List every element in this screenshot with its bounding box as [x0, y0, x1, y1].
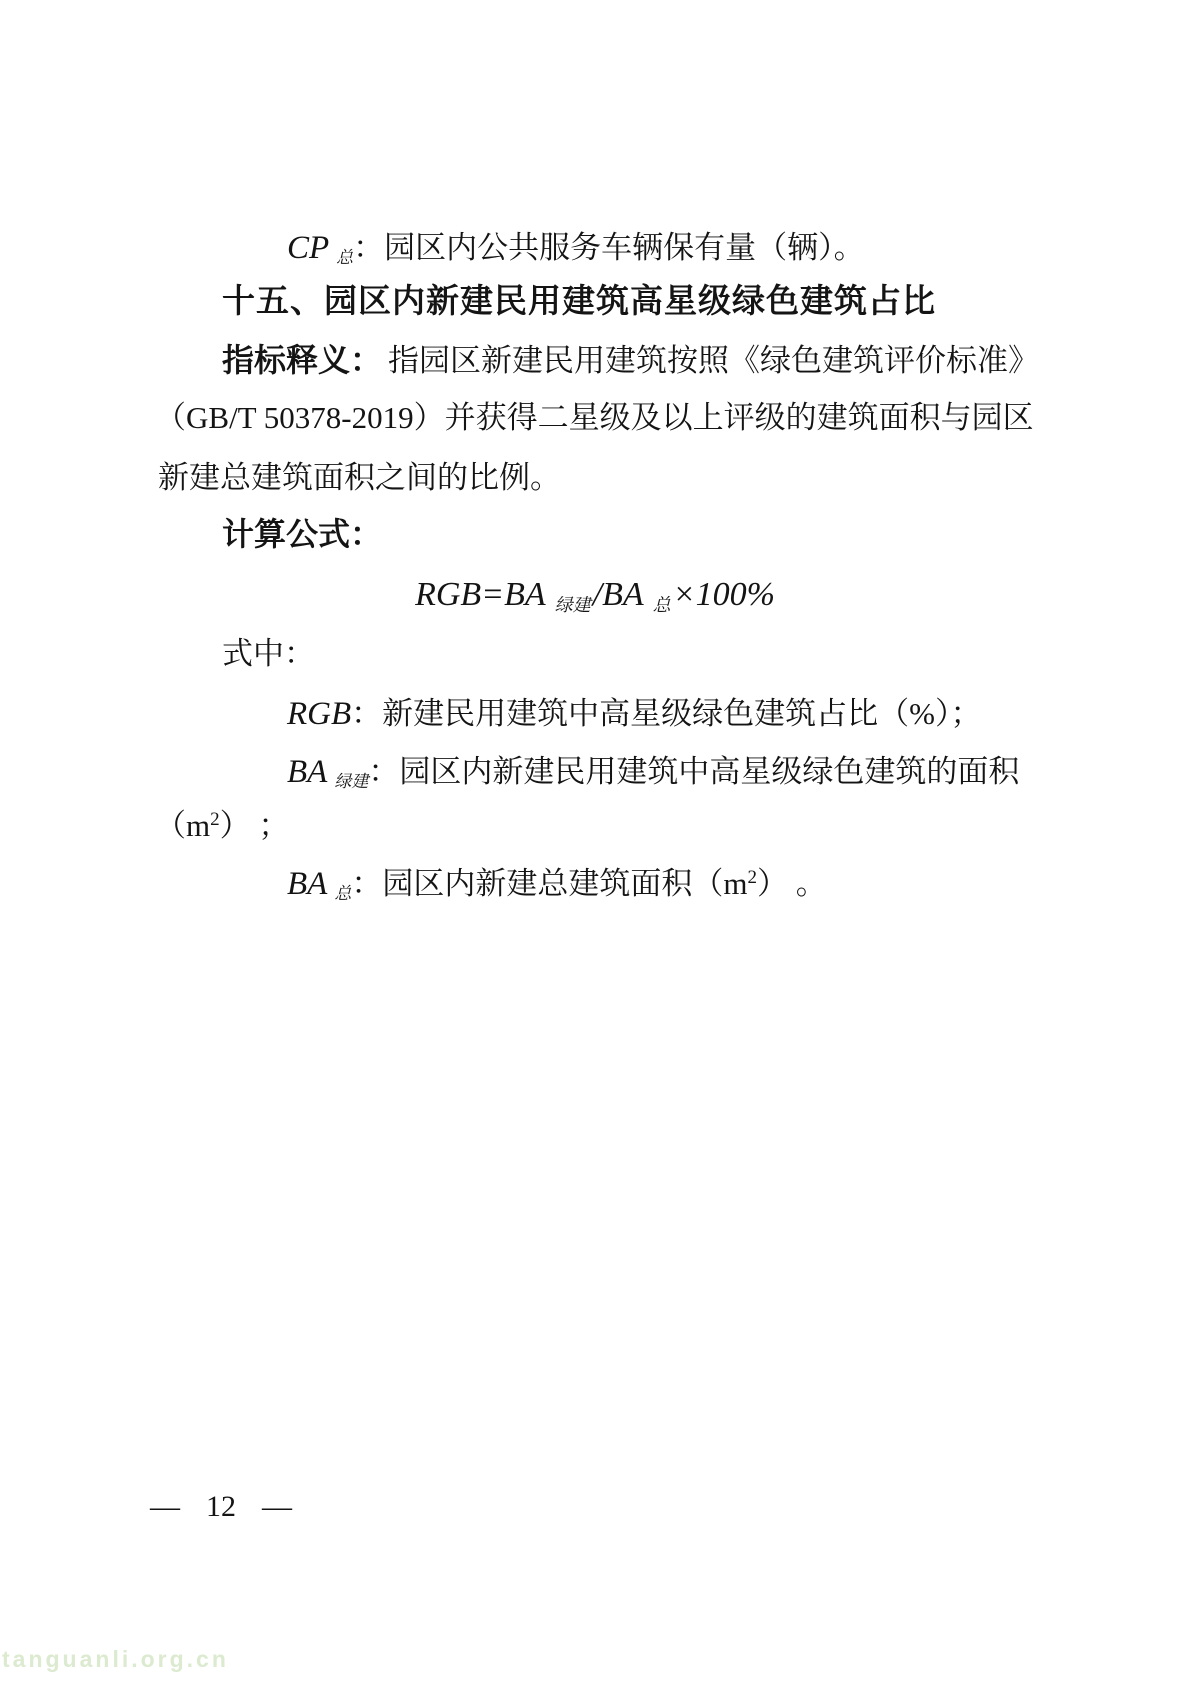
- cp-definition-text: ：园区内公共服务车辆保有量（辆）。: [353, 230, 865, 265]
- ba-green-variable: BA: [287, 754, 327, 790]
- definition-paragraph-line2: （GB/T 50378-2019）并获得二星级及以上评级的建筑面积与园区: [155, 398, 1034, 438]
- formula-part1: RGB=BA: [415, 576, 546, 613]
- rgb-definition-text: ：新建民用建筑中高星级绿色建筑占比（%）；: [351, 696, 981, 731]
- definition-paragraph-line3: 新建总建筑面积之间的比例。: [158, 458, 561, 498]
- cp-subscript: 总: [336, 248, 353, 267]
- page-number: 12: [206, 1490, 236, 1524]
- where-label: 式中：: [222, 634, 315, 674]
- rgb-definition-line: RGB：新建民用建筑中高星级绿色建筑占比（%）；: [287, 694, 981, 734]
- formula: RGB=BA绿建/BA总×100%: [0, 574, 1190, 620]
- definition-label: 指标释义：: [222, 342, 382, 378]
- cp-definition-line: CP总：园区内公共服务车辆保有量（辆）。: [287, 228, 865, 273]
- m2-superscript: 2: [210, 809, 220, 830]
- formula-part2: /BA: [593, 576, 644, 613]
- m2-open: （m: [155, 808, 210, 843]
- footer-dash-right: —: [262, 1490, 292, 1524]
- cp-variable: CP: [287, 230, 329, 266]
- section-heading: 十五、园区内新建民用建筑高星级绿色建筑占比: [222, 281, 936, 321]
- ba-green-definition-line: BA绿建：园区内新建民用建筑中高星级绿色建筑的面积: [287, 752, 1019, 797]
- definition-text-line1: 指园区新建民用建筑按照《绿色建筑评价标准》: [388, 343, 1039, 378]
- ba-total-definition-text: ：园区内新建总建筑面积（m: [351, 866, 747, 901]
- watermark: tanguanli.org.cn: [2, 1646, 229, 1673]
- ba-total-definition-line: BA总：园区内新建总建筑面积（m2） 。: [287, 864, 827, 909]
- formula-label: 计算公式：: [222, 514, 382, 554]
- ba-green-definition-text: ：园区内新建民用建筑中高星级绿色建筑的面积: [368, 754, 1019, 789]
- ba-green-definition-continuation: （m2） ；: [155, 806, 289, 851]
- m2-close: ） ；: [220, 808, 290, 843]
- footer-dash-left: —: [150, 1490, 180, 1524]
- ba-green-subscript: 绿建: [334, 772, 368, 791]
- rgb-variable: RGB: [287, 696, 351, 732]
- page-footer: —12—: [150, 1490, 292, 1524]
- formula-subscript-total: 总: [653, 595, 671, 615]
- ba-total-definition-end: ） 。: [757, 866, 827, 901]
- ba-total-subscript: 总: [334, 884, 351, 903]
- formula-subscript-green: 绿建: [555, 595, 591, 615]
- definition-paragraph-line1: 指标释义：指园区新建民用建筑按照《绿色建筑评价标准》: [222, 340, 1039, 381]
- formula-part3: ×100%: [673, 576, 775, 613]
- ba-total-m2-superscript: 2: [747, 867, 757, 888]
- ba-total-variable: BA: [287, 866, 327, 902]
- document-page: CP总：园区内公共服务车辆保有量（辆）。 十五、园区内新建民用建筑高星级绿色建筑…: [0, 0, 1190, 1683]
